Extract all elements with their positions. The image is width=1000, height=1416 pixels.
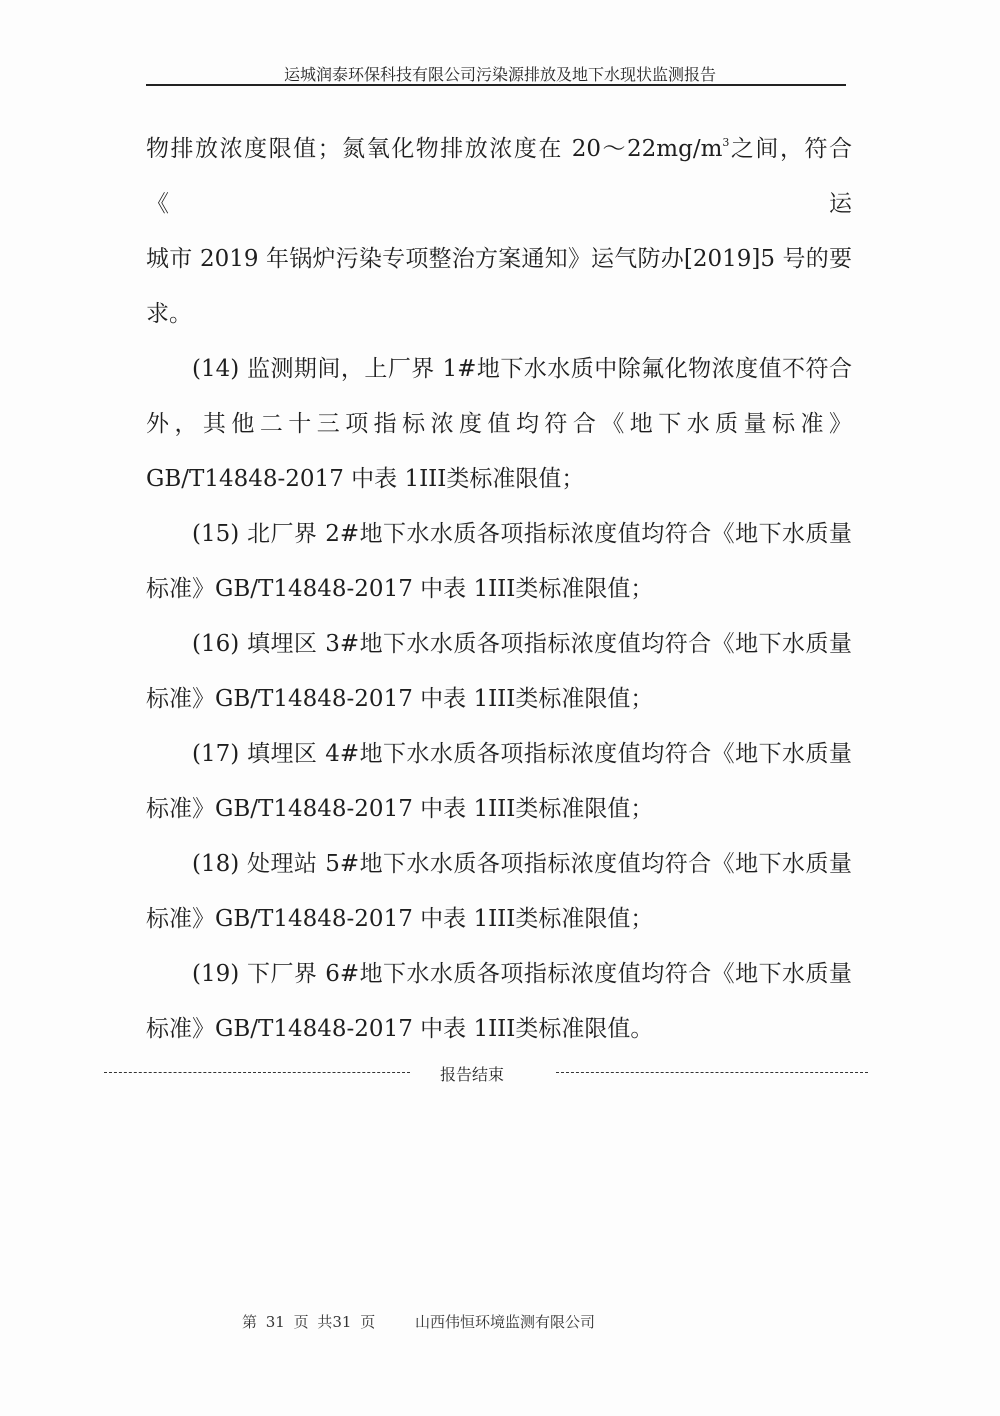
header-divider: [146, 84, 846, 86]
paragraph-16-line2: 标准》GB/T14848-2017 中表 1III类标准限值；: [146, 672, 852, 727]
paragraph-16-line1: (16) 填埋区 3#地下水水质各项指标浓度值均符合《地下水质量: [146, 617, 852, 672]
paragraph-14-line3: GB/T14848-2017 中表 1III类标准限值；: [146, 452, 852, 507]
report-end-marker: 报告结束: [104, 1062, 874, 1086]
paragraph-15-line1: (15) 北厂界 2#地下水水质各项指标浓度值均符合《地下水质量: [146, 507, 852, 562]
report-end-label: 报告结束: [440, 1062, 504, 1085]
report-body: 物排放浓度限值；氮氧化物排放浓度在 20～22mg/m3之间，符合《运 城市 2…: [146, 122, 852, 1057]
paragraph-17-line2: 标准》GB/T14848-2017 中表 1III类标准限值；: [146, 782, 852, 837]
paragraph-15-line2: 标准》GB/T14848-2017 中表 1III类标准限值；: [146, 562, 852, 617]
line: 物排放浓度限值；氮氧化物排放浓度在 20～22mg/m: [146, 136, 722, 162]
paragraph-14-line2: 外，其他二十三项指标浓度值均符合《地下水质量标准》: [146, 397, 852, 452]
paragraph-19-line2: 标准》GB/T14848-2017 中表 1III类标准限值。: [146, 1002, 852, 1057]
report-header-title: 运城润泰环保科技有限公司污染源排放及地下水现状监测报告: [0, 62, 1000, 85]
paragraph-13-continued: 物排放浓度限值；氮氧化物排放浓度在 20～22mg/m3之间，符合《运: [146, 122, 852, 232]
paragraph-13-line2: 城市 2019 年锅炉污染专项整治方案通知》运气防办[2019]5 号的要: [146, 232, 852, 287]
company-name: 山西伟恒环境监测有限公司: [415, 1311, 595, 1332]
paragraph-13-line3: 求。: [146, 287, 852, 342]
page-footer: 第 31 页 共31 页 山西伟恒环境监测有限公司: [0, 1311, 1000, 1335]
dashed-rule-left: [104, 1072, 410, 1073]
paragraph-17-line1: (17) 填埋区 4#地下水水质各项指标浓度值均符合《地下水质量: [146, 727, 852, 782]
dashed-rule-right: [556, 1072, 868, 1073]
paragraph-18-line1: (18) 处理站 5#地下水水质各项指标浓度值均符合《地下水质量: [146, 837, 852, 892]
paragraph-19-line1: (19) 下厂界 6#地下水水质各项指标浓度值均符合《地下水质量: [146, 947, 852, 1002]
paragraph-18-line2: 标准》GB/T14848-2017 中表 1III类标准限值；: [146, 892, 852, 947]
paragraph-14-line1: (14) 监测期间，上厂界 1#地下水水质中除氟化物浓度值不符合: [146, 342, 852, 397]
page-number: 第 31 页 共31 页: [242, 1311, 375, 1332]
